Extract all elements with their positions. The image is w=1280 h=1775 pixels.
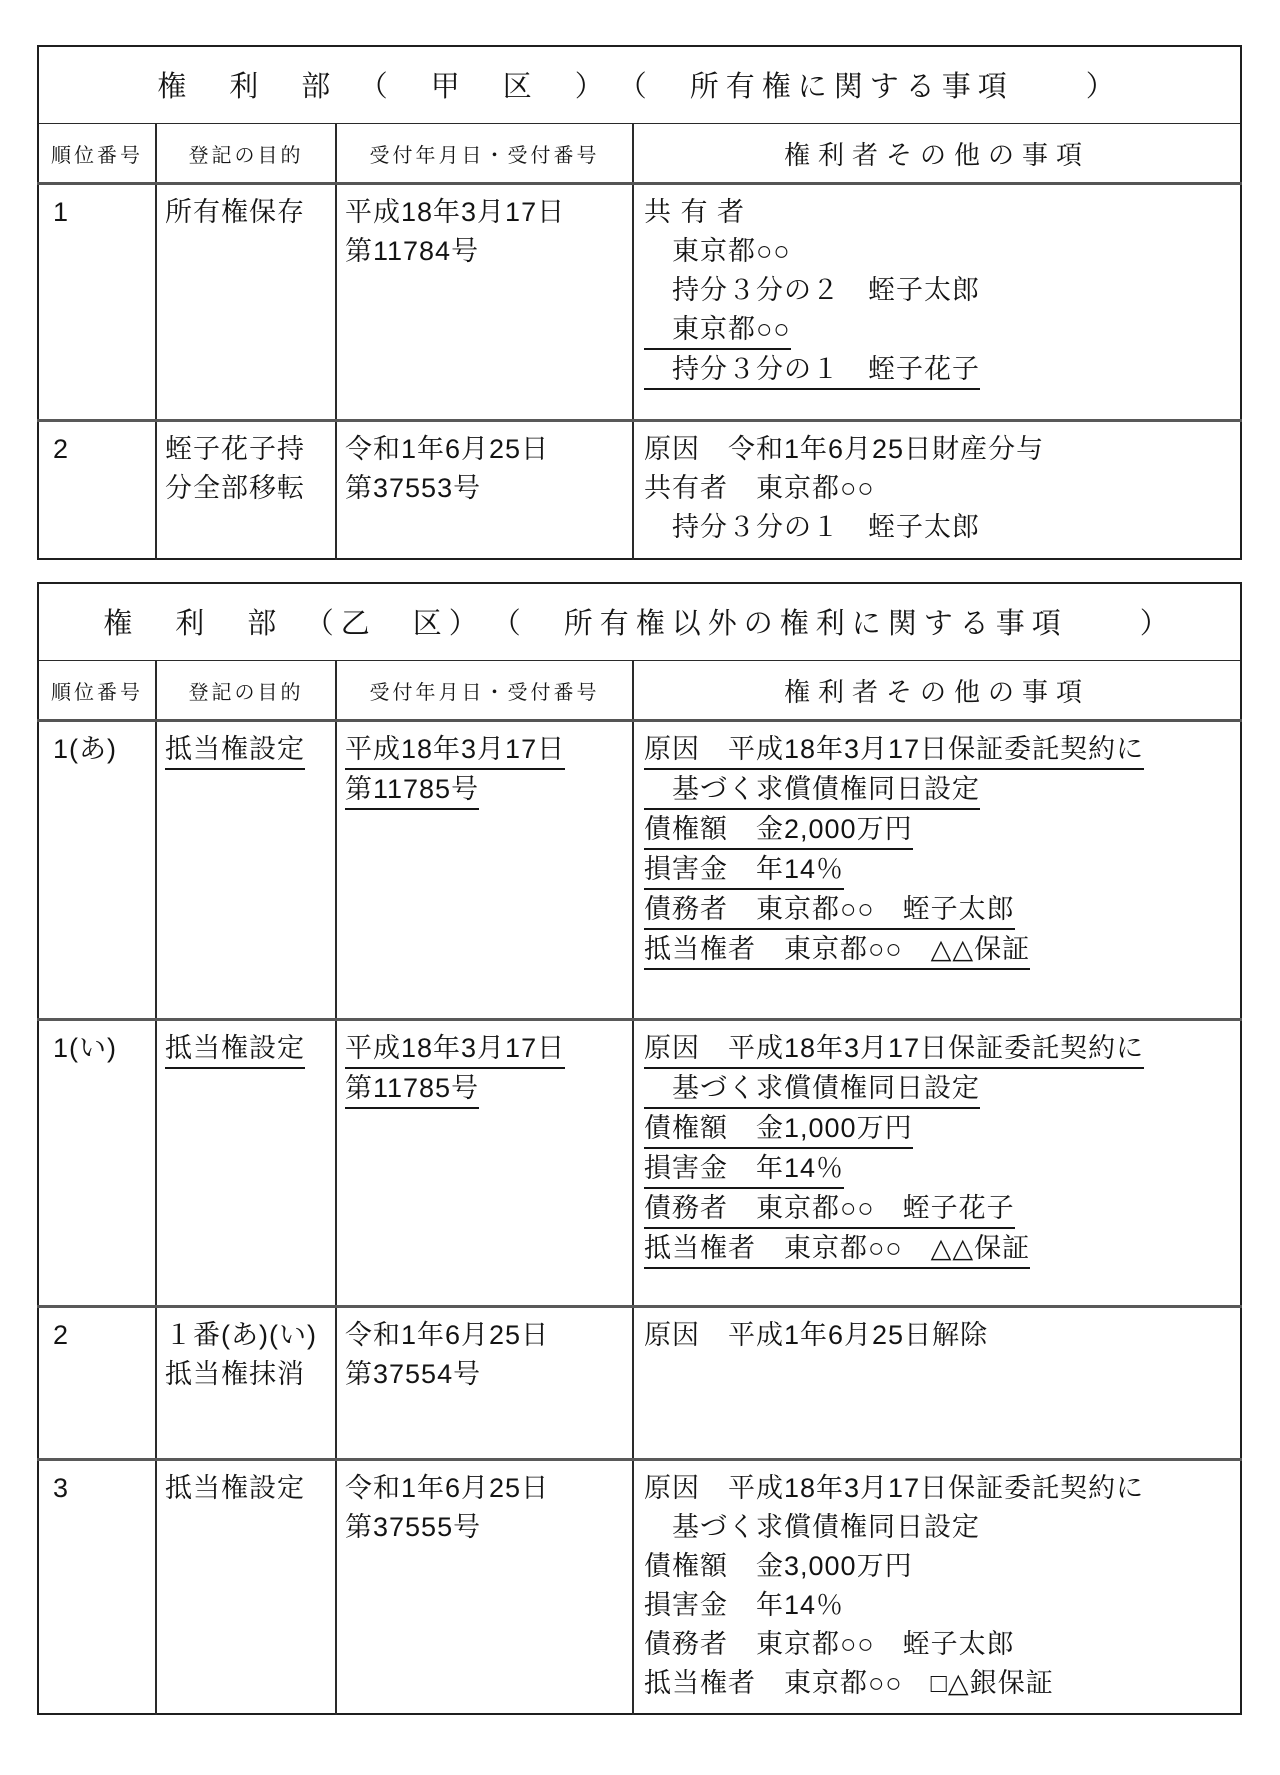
rank-number-cell: 2 <box>38 421 156 560</box>
text: 原因 平成18年3月17日保証委託契約に <box>644 1470 1144 1506</box>
receipt-cell: 平成18年3月17日第11785号 <box>336 1020 633 1307</box>
text-line: 持分３分の１ 蛭子太郎 <box>644 508 1230 547</box>
col-header-receipt: 受付年月日・受付番号 <box>336 661 633 721</box>
text-line: 損害金 年14％ <box>644 850 1230 890</box>
text-line: 持分３分の１ 蛭子花子 <box>644 350 1230 390</box>
text-line: 債務者 東京都○○ 蛭子花子 <box>644 1189 1230 1229</box>
purpose-cell: 抵当権設定 <box>156 1460 336 1715</box>
text: 東京都○○ <box>644 233 791 269</box>
rights-section-kou-table: 権 利 部 （ 甲 区 ） （ 所有権に関する事項 ） 順位番号 登記の目的 受… <box>37 45 1242 560</box>
receipt-cell: 平成18年3月17日第11784号 <box>336 184 633 421</box>
text-line: 原因 令和1年6月25日財産分与 <box>644 430 1230 469</box>
underlined-text: 東京都○○ <box>644 311 791 350</box>
registry-row: 1(あ)抵当権設定平成18年3月17日第11785号原因 平成18年3月17日保… <box>38 721 1241 1020</box>
rights-section-otsu-table: 権 利 部 （乙 区） （ 所有権以外の権利に関する事項 ） 順位番号 登記の目… <box>37 582 1242 1715</box>
text: 債権額 金3,000万円 <box>644 1548 913 1584</box>
text: 持分３分の２ 蛭子太郎 <box>644 272 980 308</box>
underlined-text: 第11785号 <box>345 1070 479 1109</box>
text-line: 抵当権抹消 <box>165 1355 329 1394</box>
details-cell: 原因 令和1年6月25日財産分与共有者 東京都○○ 持分３分の１ 蛭子太郎 <box>633 421 1241 560</box>
col-header-receipt: 受付年月日・受付番号 <box>336 124 633 184</box>
text: 抵当権抹消 <box>165 1356 305 1392</box>
col-header-purpose: 登記の目的 <box>156 124 336 184</box>
text-line: 損害金 年14％ <box>644 1586 1230 1625</box>
text: 令和1年6月25日 <box>345 431 549 467</box>
underlined-text: 抵当権設定 <box>165 1030 305 1069</box>
text-line: 第37554号 <box>345 1355 626 1394</box>
text-line: 共 有 者 <box>644 193 1230 232</box>
details-cell: 原因 平成18年3月17日保証委託契約に 基づく求償債権同日設定債権額 金1,0… <box>633 1020 1241 1307</box>
text-line: 第11784号 <box>345 232 626 271</box>
text: 第11784号 <box>345 233 479 269</box>
underlined-text: 第11785号 <box>345 771 479 810</box>
text: 原因 令和1年6月25日財産分与 <box>644 431 1044 467</box>
purpose-cell: 抵当権設定 <box>156 1020 336 1307</box>
text: 令和1年6月25日 <box>345 1317 549 1353</box>
text: 持分３分の１ 蛭子太郎 <box>644 509 980 545</box>
text-line: 抵当権設定 <box>165 1029 329 1069</box>
underlined-text: 債務者 東京都○○ 蛭子太郎 <box>644 891 1015 930</box>
text: 原因 平成1年6月25日解除 <box>644 1317 988 1353</box>
kou-header-row: 順位番号 登記の目的 受付年月日・受付番号 権利者その他の事項 <box>38 124 1241 184</box>
purpose-cell: １番(あ)(い)抵当権抹消 <box>156 1307 336 1460</box>
kou-section-title: 権 利 部 （ 甲 区 ） （ 所有権に関する事項 ） <box>38 46 1241 124</box>
col-header-rank: 順位番号 <box>38 661 156 721</box>
text-line: 第11785号 <box>345 1069 626 1109</box>
text-line: 債務者 東京都○○ 蛭子太郎 <box>644 890 1230 930</box>
text: 第37554号 <box>345 1356 481 1392</box>
underlined-text: 持分３分の１ 蛭子花子 <box>644 351 980 390</box>
col-header-purpose: 登記の目的 <box>156 661 336 721</box>
col-header-details: 権利者その他の事項 <box>633 661 1241 721</box>
receipt-cell: 令和1年6月25日第37553号 <box>336 421 633 560</box>
receipt-cell: 令和1年6月25日第37554号 <box>336 1307 633 1460</box>
text-line: 令和1年6月25日 <box>345 1469 626 1508</box>
rank-number-cell: 1(あ) <box>38 721 156 1020</box>
text: １番(あ)(い) <box>165 1317 317 1353</box>
underlined-text: 抵当権設定 <box>165 731 305 770</box>
otsu-header-row: 順位番号 登記の目的 受付年月日・受付番号 権利者その他の事項 <box>38 661 1241 721</box>
text: 損害金 年14％ <box>644 1587 844 1623</box>
text-line: 抵当権者 東京都○○ □△銀保証 <box>644 1664 1230 1703</box>
text-line: 分全部移転 <box>165 469 329 508</box>
details-cell: 共 有 者 東京都○○ 持分３分の２ 蛭子太郎 東京都○○ 持分３分の１ 蛭子花… <box>633 184 1241 421</box>
text-line: 債権額 金2,000万円 <box>644 810 1230 850</box>
underlined-text: 損害金 年14％ <box>644 1150 844 1189</box>
otsu-table-body: 1(あ)抵当権設定平成18年3月17日第11785号原因 平成18年3月17日保… <box>38 721 1241 1715</box>
underlined-text: 基づく求償債権同日設定 <box>644 1070 980 1109</box>
text: 共 有 者 <box>644 194 745 230</box>
purpose-cell: 抵当権設定 <box>156 721 336 1020</box>
purpose-cell: 所有権保存 <box>156 184 336 421</box>
text-line: 平成18年3月17日 <box>345 1029 626 1069</box>
text-line: 抵当権者 東京都○○ △△保証 <box>644 930 1230 970</box>
text-line: 平成18年3月17日 <box>345 193 626 232</box>
details-cell: 原因 平成18年3月17日保証委託契約に 基づく求償債権同日設定債権額 金2,0… <box>633 721 1241 1020</box>
purpose-cell: 蛭子花子持分全部移転 <box>156 421 336 560</box>
text-line: 東京都○○ <box>644 232 1230 271</box>
text-line: １番(あ)(い) <box>165 1316 329 1355</box>
registry-row: 1所有権保存平成18年3月17日第11784号共 有 者 東京都○○ 持分３分の… <box>38 184 1241 421</box>
rank-number-cell: 1 <box>38 184 156 421</box>
underlined-text: 平成18年3月17日 <box>345 731 565 770</box>
text-line: 原因 平成1年6月25日解除 <box>644 1316 1230 1355</box>
text-line: 損害金 年14％ <box>644 1149 1230 1189</box>
text-line: 蛭子花子持 <box>165 430 329 469</box>
text-line: 東京都○○ <box>644 310 1230 350</box>
text-line: 基づく求償債権同日設定 <box>644 770 1230 810</box>
text: 蛭子花子持 <box>165 431 305 467</box>
text-line: 債権額 金1,000万円 <box>644 1109 1230 1149</box>
text-line: 第37555号 <box>345 1508 626 1547</box>
text: 令和1年6月25日 <box>345 1470 549 1506</box>
kou-title-row: 権 利 部 （ 甲 区 ） （ 所有権に関する事項 ） <box>38 46 1241 124</box>
underlined-text: 債権額 金1,000万円 <box>644 1110 913 1149</box>
text: 分全部移転 <box>165 470 305 506</box>
text: 第37555号 <box>345 1509 481 1545</box>
registry-document-page: 権 利 部 （ 甲 区 ） （ 所有権に関する事項 ） 順位番号 登記の目的 受… <box>0 0 1280 1775</box>
kou-table-body: 1所有権保存平成18年3月17日第11784号共 有 者 東京都○○ 持分３分の… <box>38 184 1241 560</box>
rank-number-cell: 3 <box>38 1460 156 1715</box>
underlined-text: 原因 平成18年3月17日保証委託契約に <box>644 1030 1144 1069</box>
text: 所有権保存 <box>165 194 305 230</box>
text-line: 持分３分の２ 蛭子太郎 <box>644 271 1230 310</box>
text-line: 第11785号 <box>345 770 626 810</box>
text: 債務者 東京都○○ 蛭子太郎 <box>644 1626 1015 1662</box>
registry-row: 3抵当権設定令和1年6月25日第37555号原因 平成18年3月17日保証委託契… <box>38 1460 1241 1715</box>
underlined-text: 基づく求償債権同日設定 <box>644 771 980 810</box>
text-line: 平成18年3月17日 <box>345 730 626 770</box>
text: 第37553号 <box>345 470 481 506</box>
text-line: 原因 平成18年3月17日保証委託契約に <box>644 730 1230 770</box>
text-line: 第37553号 <box>345 469 626 508</box>
text-line: 原因 平成18年3月17日保証委託契約に <box>644 1469 1230 1508</box>
text-line: 原因 平成18年3月17日保証委託契約に <box>644 1029 1230 1069</box>
text: 共有者 東京都○○ <box>644 470 875 506</box>
underlined-text: 損害金 年14％ <box>644 851 844 890</box>
text-line: 基づく求償債権同日設定 <box>644 1508 1230 1547</box>
text-line: 令和1年6月25日 <box>345 1316 626 1355</box>
text-line: 基づく求償債権同日設定 <box>644 1069 1230 1109</box>
text: 基づく求償債権同日設定 <box>644 1509 980 1545</box>
underlined-text: 債権額 金2,000万円 <box>644 811 913 850</box>
otsu-section-title: 権 利 部 （乙 区） （ 所有権以外の権利に関する事項 ） <box>38 583 1241 661</box>
text-line: 債権額 金3,000万円 <box>644 1547 1230 1586</box>
receipt-cell: 令和1年6月25日第37555号 <box>336 1460 633 1715</box>
text-line: 抵当権者 東京都○○ △△保証 <box>644 1229 1230 1269</box>
text-line: 共有者 東京都○○ <box>644 469 1230 508</box>
text-line: 抵当権設定 <box>165 1469 329 1508</box>
rank-number-cell: 2 <box>38 1307 156 1460</box>
text-line: 抵当権設定 <box>165 730 329 770</box>
text: 平成18年3月17日 <box>345 194 565 230</box>
text: 抵当権設定 <box>165 1470 305 1506</box>
details-cell: 原因 平成1年6月25日解除 <box>633 1307 1241 1460</box>
underlined-text: 抵当権者 東京都○○ △△保証 <box>644 1230 1030 1269</box>
underlined-text: 原因 平成18年3月17日保証委託契約に <box>644 731 1144 770</box>
text-line: 令和1年6月25日 <box>345 430 626 469</box>
col-header-rank: 順位番号 <box>38 124 156 184</box>
rank-number-cell: 1(い) <box>38 1020 156 1307</box>
registry-row: 2１番(あ)(い)抵当権抹消令和1年6月25日第37554号原因 平成1年6月2… <box>38 1307 1241 1460</box>
registry-row: 2蛭子花子持分全部移転令和1年6月25日第37553号原因 令和1年6月25日財… <box>38 421 1241 560</box>
underlined-text: 抵当権者 東京都○○ △△保証 <box>644 931 1030 970</box>
col-header-details: 権利者その他の事項 <box>633 124 1241 184</box>
text: 抵当権者 東京都○○ □△銀保証 <box>644 1665 1054 1701</box>
otsu-title-row: 権 利 部 （乙 区） （ 所有権以外の権利に関する事項 ） <box>38 583 1241 661</box>
text-line: 債務者 東京都○○ 蛭子太郎 <box>644 1625 1230 1664</box>
receipt-cell: 平成18年3月17日第11785号 <box>336 721 633 1020</box>
underlined-text: 平成18年3月17日 <box>345 1030 565 1069</box>
registry-row: 1(い)抵当権設定平成18年3月17日第11785号原因 平成18年3月17日保… <box>38 1020 1241 1307</box>
underlined-text: 債務者 東京都○○ 蛭子花子 <box>644 1190 1015 1229</box>
details-cell: 原因 平成18年3月17日保証委託契約に 基づく求償債権同日設定債権額 金3,0… <box>633 1460 1241 1715</box>
text-line: 所有権保存 <box>165 193 329 232</box>
